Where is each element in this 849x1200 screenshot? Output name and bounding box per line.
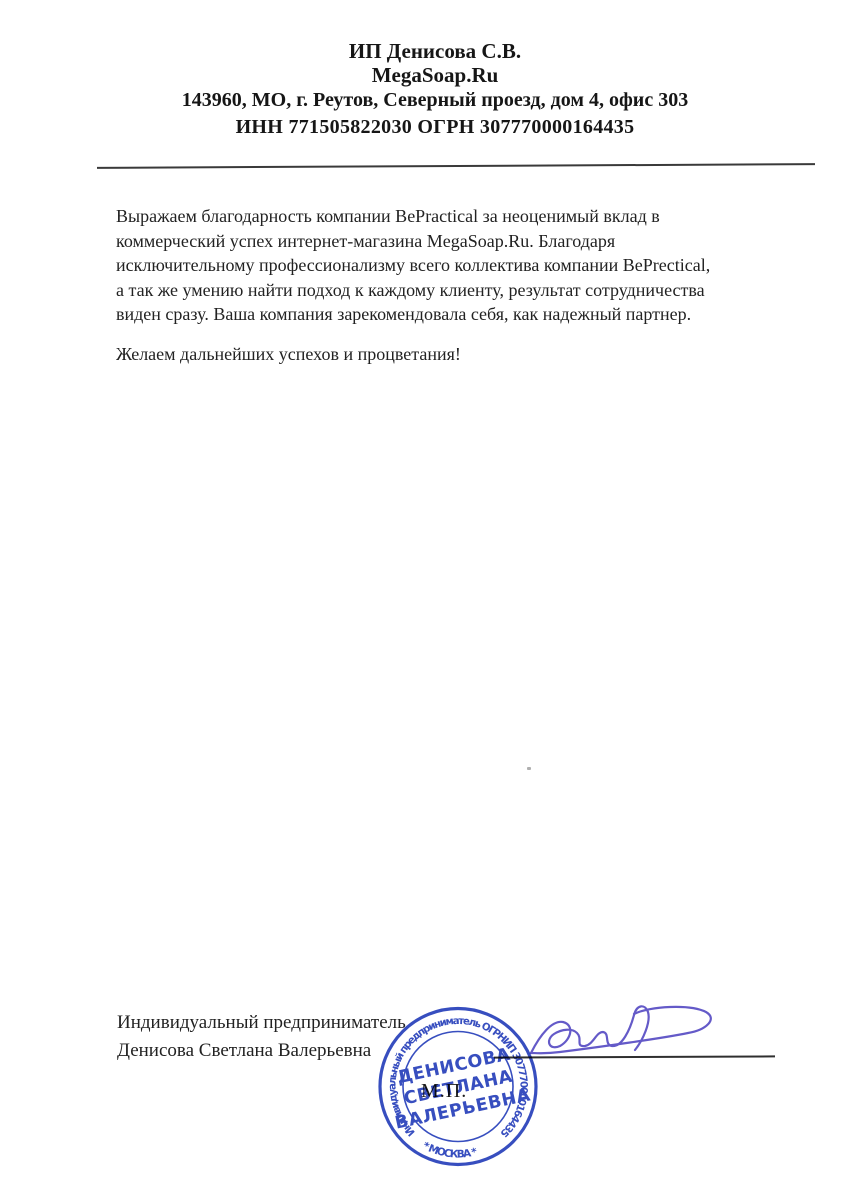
body-line: виден сразу. Ваша компания зарекомендова… xyxy=(116,302,816,327)
closing-name: Денисова Светлана Валерьевна xyxy=(117,1040,371,1062)
letter-page: ИП Денисова С.В. MegaSoap.Ru 143960, МО,… xyxy=(0,0,849,1200)
body-line: Выражаем благодарность компании BePracti… xyxy=(116,204,816,229)
body-line: а так же умению найти подход к каждому к… xyxy=(116,278,816,303)
letter-body-paragraph: Выражаем благодарность компании BePracti… xyxy=(116,204,816,327)
body-line: коммерческий успех интернет-магазина Meg… xyxy=(116,229,816,254)
letterhead-address: 143960, МО, г. Реутов, Северный проезд, … xyxy=(20,89,849,112)
signature-stroke-main xyxy=(531,1006,649,1053)
letterhead-divider xyxy=(97,163,815,169)
closing-title: Индивидуальный предприниматель xyxy=(117,1012,406,1034)
letterhead-registration: ИНН 771505822030 ОГРН 307770000164435 xyxy=(20,116,849,139)
scan-speck xyxy=(527,767,531,770)
wish-line: Желаем дальнейших успехов и процветания! xyxy=(116,344,816,365)
body-line: исключительному профессионализму всего к… xyxy=(116,253,816,278)
letterhead-company: ИП Денисова С.В. xyxy=(20,39,849,64)
round-stamp: Индивидуальный предприниматель ОГРНИП 30… xyxy=(374,1005,542,1168)
letterhead-brand: MegaSoap.Ru xyxy=(20,63,849,88)
